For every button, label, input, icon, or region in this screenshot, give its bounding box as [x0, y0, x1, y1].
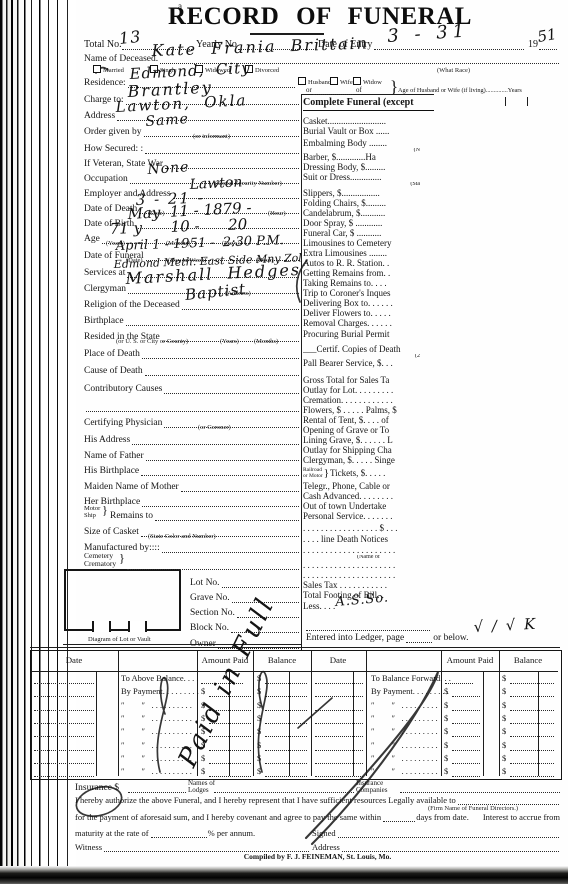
price-list-item: Flowers, $ . . . . . Palms, $ — [303, 405, 434, 415]
field-label: Entered into Ledger, page — [306, 632, 404, 644]
field-row-his-birthplace: His Birthplace — [84, 465, 300, 477]
price-list-item: . . . . . . . . . . . . . . . . . . . . … — [303, 570, 434, 580]
field-label: Birthplace — [84, 315, 124, 327]
ledger-row-desc: By Payment. . . . . . . . . . — [371, 686, 451, 696]
table-subcolumn-rule — [96, 671, 97, 776]
field-label: Name of Father — [84, 450, 144, 462]
ledger-row-desc: ″ ″ . . . . . . . . . . — [121, 713, 199, 723]
price-list-item: Autos to R. R. Station. . — [303, 258, 434, 268]
column-tick-mark — [505, 97, 506, 106]
price-list-item: Funeral Car, $ ........... — [303, 228, 434, 238]
printed-text: or — [306, 86, 312, 94]
field-label: How Secured: : — [84, 143, 143, 155]
signed-line: Signed — [312, 827, 560, 839]
dollar-sign: $ — [257, 740, 265, 750]
checkbox-widow: Widow — [353, 77, 382, 86]
field-label: Manufactured by:::: — [84, 542, 160, 554]
table-subcolumn-rule — [483, 671, 484, 776]
scan-bottom-edge — [0, 866, 568, 884]
printed-text: Lodges — [188, 786, 209, 794]
table-header-amount-paid: Amount Paid — [447, 655, 494, 665]
table-column-rule — [311, 651, 312, 776]
price-list-item: Casket.......................... — [303, 116, 434, 126]
table-cell-dots — [34, 682, 94, 684]
price-list-item: Sales Tax . . . . . . . . . . . — [303, 580, 434, 590]
field-row-his-address: His Address — [84, 434, 300, 446]
table-cell-dots — [510, 722, 554, 724]
field-row-if-veteran: If Veteran, State War — [84, 158, 300, 170]
printed-text: Diagram of Lot or Vault — [88, 636, 151, 643]
price-list-item: Personal Service. . . . . . . — [303, 511, 434, 521]
table-cell-dots — [34, 722, 94, 724]
column-tick-mark — [527, 97, 528, 106]
price-list-heading: Complete Funeral (except — [303, 97, 434, 111]
price-list-item: . . . . . . . . . . . . . . . . . . . . … — [303, 545, 434, 555]
printed-text: Companies — [356, 786, 388, 794]
table-cell-dots — [510, 709, 554, 711]
price-list-item: . . . . . . . . . . . . . . . . . $ . . … — [303, 523, 434, 533]
dollar-sign: $ — [444, 740, 452, 750]
handwritten-entry: √ ∕ √ K — [473, 617, 537, 635]
price-list-item: Pall Bearer Service, $. . . — [303, 358, 434, 368]
field-label: Age — [84, 233, 100, 245]
table-cell-dots — [265, 749, 307, 751]
ledger-row-desc: ″ ″ . . . . . . . . . — [371, 740, 451, 750]
table-cell-dots — [510, 762, 554, 764]
checkbox-icon — [93, 65, 101, 73]
table-cell-dots — [445, 682, 473, 684]
table-header-balance: Balance — [514, 655, 542, 665]
price-list-item: Gross Total for Sales Ta — [303, 375, 434, 385]
field-row-certifying-physician: Certifying Physician — [84, 417, 300, 429]
field-row-how-secured: How Secured: : — [84, 143, 300, 155]
table-cell-dots — [510, 749, 554, 751]
dollar-sign: $ — [502, 726, 510, 736]
price-list-item: Telegr., Phone, Cable or — [303, 481, 434, 491]
dollar-sign: $ — [502, 753, 510, 763]
auth-text: I hereby authorize the above Funeral, an… — [75, 794, 456, 806]
dotted-leader — [374, 48, 524, 50]
price-list-item: (Name of — [303, 555, 434, 559]
checkbox-married: Married — [93, 65, 124, 74]
price-list-item: Door Spray, $ ............ — [303, 218, 434, 228]
handwritten-entry: Same — [145, 112, 189, 129]
field-row-birthplace: Birthplace — [84, 315, 300, 327]
dotted-leader — [128, 791, 186, 793]
field-row-remains-to: Remains to — [110, 510, 300, 522]
checkbox-icon — [330, 77, 338, 85]
price-list-item: . . . . . . . . . . . . . . . . . . . . … — [303, 560, 434, 570]
table-cell-dots — [265, 735, 307, 737]
ledger-row-desc: ″ ″ . . . . . . . . . — [371, 713, 451, 723]
dollar-sign: $ — [444, 766, 452, 776]
field-label: Religion of the Deceased — [84, 299, 180, 311]
table-cell-dots — [265, 682, 307, 684]
field-row-maiden-name-of-mother: Maiden Name of Mother — [84, 481, 300, 493]
price-list-item: Burial Vault or Box ...... — [303, 126, 434, 136]
table-cell-dots — [209, 749, 251, 751]
field-label: Remains to — [110, 510, 153, 522]
table-cell-dots — [510, 695, 554, 697]
dotted-leader — [400, 791, 560, 793]
field-caption: (Firm Name of Funeral Directors.) — [428, 805, 518, 812]
field-label: Certifying Physician — [84, 417, 162, 429]
table-cell-dots — [510, 775, 554, 777]
printed-text: Ship — [84, 512, 96, 519]
dollar-sign: $ — [502, 686, 510, 696]
table-cell-dots — [265, 695, 307, 697]
dollar-sign: $ — [502, 766, 510, 776]
dollar-sign: $ — [444, 686, 452, 696]
table-cell-dots — [265, 762, 307, 764]
price-list-item: Extra Limousines ........ — [303, 248, 434, 258]
field-label: Block No. — [190, 622, 229, 634]
handwritten-entry: 51 — [536, 27, 557, 45]
field-label: Place of Death — [84, 348, 140, 360]
dollar-sign: $ — [257, 700, 265, 710]
table-cell-dots — [315, 735, 363, 737]
field-row-size-of-casket: Size of Casket — [84, 526, 300, 538]
price-list-item: (Sta — [303, 182, 434, 186]
checkbox-wife: Wife — [330, 77, 353, 86]
printed-text: Crematory — [84, 559, 116, 568]
price-list-item: Railroad or Motor}Tickets, $. . . . . — [303, 466, 434, 479]
auth-line-3: maturity at the rate of % per annum. — [75, 827, 310, 839]
table-column-rule — [118, 651, 119, 776]
printed-text: a — [178, 1, 182, 11]
checkbox-icon — [353, 77, 361, 85]
dollar-sign: $ — [257, 726, 265, 736]
table-header-balance: Balance — [268, 655, 296, 665]
dollar-sign: $ — [502, 713, 510, 723]
compiled-by-note: Compiled by F. J. FEINEMAN, St. Louis, M… — [75, 852, 560, 861]
handwritten-entry: 3 - 31 — [387, 22, 470, 46]
dollar-sign: $ — [502, 700, 510, 710]
table-cell-dots — [452, 695, 480, 697]
price-list-item: Removal Charges. . . . . . — [303, 318, 434, 328]
dollar-sign: $ — [502, 673, 510, 683]
field-row-contributory-causes-2 — [84, 401, 300, 413]
table-cell-dots — [510, 735, 554, 737]
auth-line-2: for the payment of aforesaid sum, and I … — [75, 811, 560, 823]
field-label: His Birthplace — [84, 465, 139, 477]
price-list-item: Out of town Undertake — [303, 501, 434, 511]
field-label: Occupation — [84, 173, 128, 185]
table-cell-dots — [209, 775, 251, 777]
field-row-place-of-death: Place of Death — [84, 348, 300, 360]
printed-text: Age of Husband or Wife (if living)......… — [398, 87, 522, 94]
price-list-item: Getting Remains from. . — [303, 268, 434, 278]
signed-label: Signed — [312, 827, 336, 839]
dollar-sign: $ — [502, 740, 510, 750]
price-list-item: . . . . line Death Notices — [303, 534, 434, 544]
field-label: Address — [84, 110, 115, 122]
price-list-item: Folding Chairs, $......... — [303, 198, 434, 208]
field-label: or below. — [433, 632, 468, 644]
field-label: Resided in the State — [84, 331, 160, 343]
field-row-contributory-causes: Contributory Causes — [84, 383, 300, 395]
table-cell-dots — [315, 682, 363, 684]
dollar-sign: $ — [201, 766, 209, 776]
table-cell-dots — [209, 762, 251, 764]
dollar-sign: $ — [257, 713, 265, 723]
field-label: Grave No. — [190, 592, 230, 604]
table-cell-dots — [265, 709, 307, 711]
price-list-item: Trip to Coroner's Inques — [303, 288, 434, 298]
auth-text: Interest to accrue from — [483, 811, 560, 823]
dollar-sign: $ — [444, 726, 452, 736]
table-cell-dots — [265, 722, 307, 724]
field-label: Section No. — [190, 607, 235, 619]
checkbox-husband: Husband — [298, 77, 331, 86]
dollar-sign: $ — [257, 673, 265, 683]
table-cell-dots — [34, 735, 94, 737]
table-cell-dots — [510, 682, 554, 684]
ledger-row-desc: To Balance Forward. . . . — [371, 673, 451, 683]
price-list-item: Lining Grave, $. . . . . . L — [303, 435, 434, 445]
field-label: Maiden Name of Mother — [84, 481, 179, 493]
ledger-row-desc: To Above Balance. . . . . — [121, 673, 199, 683]
price-list-item: Taking Remains to. . . . — [303, 278, 434, 288]
table-cell-dots — [315, 695, 363, 697]
field-label: Lot No. — [190, 577, 220, 589]
auth-text: % per annum. — [208, 827, 255, 839]
table-cell-dots — [452, 775, 480, 777]
ledger-row-desc: ″ ″ . . . . . . . . . . — [121, 700, 199, 710]
field-label: Residence: — [84, 77, 126, 89]
price-list-item: Cremation. . . . . . . . . . . . — [303, 395, 434, 405]
printed-text: } — [390, 77, 398, 97]
dotted-leader — [313, 93, 353, 95]
table-cell-dots — [315, 722, 363, 724]
dollar-sign: $ — [257, 686, 265, 696]
table-cell-dots — [265, 775, 307, 777]
field-row-entered-into-ledger: Entered into Ledger, pageor below. — [306, 632, 472, 644]
table-cell-dots — [34, 762, 94, 764]
price-list-item: Deliver Flowers to. . . . . — [303, 308, 434, 318]
table-cell-dots — [34, 749, 94, 751]
table-column-rule — [499, 651, 500, 776]
table-header-date: Date — [330, 655, 347, 665]
dollar-sign: $ — [444, 753, 452, 763]
field-label: Clergyman — [84, 283, 126, 295]
field-row-cause-of-death: Cause of Death — [84, 365, 300, 377]
table-cell-dots — [34, 709, 94, 711]
price-list-item: Outlay for Lot. . . . . . . . . — [303, 385, 434, 395]
table-cell-dots — [315, 709, 363, 711]
price-list-item: Limousines to Cemetery — [303, 238, 434, 248]
printed-text: 19 — [528, 39, 538, 50]
diagram-notch — [92, 621, 111, 632]
table-cell-dots — [34, 695, 94, 697]
dollar-sign: $ — [444, 700, 452, 710]
field-row-name-of-father: Name of Father — [84, 450, 300, 462]
price-list-item: ___Certif. Copies of Death — [303, 344, 434, 354]
printed-text: Total No. — [84, 39, 122, 50]
price-list-item: Clergyman, $. . . . . Singe — [303, 455, 434, 465]
dotted-leader — [539, 48, 557, 50]
itemized-price-list: Complete Funeral (exceptCasket..........… — [303, 97, 434, 611]
auth-text: days from date. — [416, 811, 469, 823]
table-header-date: Date — [66, 655, 83, 665]
dollar-sign: $ — [444, 713, 452, 723]
dotted-leader — [214, 791, 354, 793]
price-list-item: Slippers, $................. — [303, 188, 434, 198]
table-cell-dots — [452, 722, 480, 724]
field-row-lot-no: Lot No. — [190, 577, 300, 589]
payment-ledger-table: DateAmount PaidBalanceDateAmount PaidBal… — [30, 650, 562, 780]
printed-text: Insurance $ — [75, 783, 119, 793]
table-cell-dots — [452, 735, 480, 737]
handwritten-entry: 13 — [118, 29, 142, 47]
field-label: Cause of Death — [84, 365, 143, 377]
auth-text: for the payment of aforesaid sum, and I … — [75, 811, 381, 823]
table-cell-dots — [315, 762, 363, 764]
table-column-rule — [253, 651, 254, 776]
dollar-sign: $ — [257, 766, 265, 776]
table-cell-dots — [315, 775, 363, 777]
handwritten-entry: None — [147, 160, 190, 177]
price-list-item: Opening of Grave or To — [303, 425, 434, 435]
auth-text: maturity at the rate of — [75, 827, 149, 839]
price-list-item: Delivering Box to. . . . . . — [303, 298, 434, 308]
table-cell-dots — [34, 775, 94, 777]
checkbox-icon — [298, 77, 306, 85]
printed-text: of — [356, 86, 362, 94]
table-column-rule — [366, 651, 367, 776]
diagram-notch — [128, 621, 147, 632]
field-row-grave-no: Grave No. — [190, 592, 300, 604]
price-list-item: Rental of Tent, $. . . . of — [303, 415, 434, 425]
field-label: Order given by — [84, 126, 142, 138]
field-label: His Address — [84, 434, 130, 446]
table-cell-dots — [315, 749, 363, 751]
ledger-row-desc: ″ ″ . . . . . . . . . — [371, 753, 451, 763]
railroad-motor-label: Railroad or Motor — [303, 467, 323, 479]
ledger-row-desc: ″ ″ . . . . . . . . . — [371, 700, 451, 710]
ledger-row-desc: ″ ″ . . . . . . . . . — [371, 766, 451, 776]
table-cell-dots — [452, 709, 480, 711]
ledger-row-desc: By Payment. . . . . . . . . . — [121, 686, 199, 696]
field-label: Size of Casket — [84, 526, 139, 538]
field-row-manufactured-by: Manufactured by:::: — [84, 542, 300, 554]
field-label: Contributory Causes — [84, 383, 162, 395]
price-list-item: Outlay for Shipping Cha — [303, 445, 434, 455]
field-label: Her Birthplace — [84, 496, 140, 508]
price-list-item: Cash Advanced. . . . . . . . — [303, 491, 434, 501]
price-list-item: Candelabrum, $........... — [303, 208, 434, 218]
table-cell-dots — [452, 762, 480, 764]
table-cell-dots — [452, 749, 480, 751]
field-row-resided-in-state: Resided in the State — [84, 331, 300, 343]
field-row-order-given-by: Order given by — [84, 126, 300, 138]
field-label: Owner — [190, 638, 216, 650]
price-list-item: Suit or Dress.............. — [303, 172, 434, 182]
field-row-her-birthplace: Her Birthplace — [84, 496, 300, 508]
field-caption: (What Race) — [437, 67, 470, 74]
brace-glyph: } — [324, 468, 329, 478]
dotted-leader — [306, 629, 430, 631]
price-list-item: Procuring Burial Permit — [303, 329, 434, 339]
price-list-item-label: Tickets, $. . . . . — [330, 468, 385, 478]
ledger-row-desc: ″ ″ . . . . . . . . . — [371, 726, 451, 736]
table-header-rule — [31, 671, 558, 672]
ledger-row-desc: ″ ″ . . . . . . . . . . — [121, 766, 199, 776]
price-list-item: Dressing Body, $......... — [303, 162, 434, 172]
field-row-cemetery-crematory — [125, 559, 300, 571]
lot-diagram-box — [64, 569, 181, 631]
price-list-item: Barber, $.............Ha — [303, 152, 434, 162]
funeral-record-scan: RECORD OF FUNERAL Complete Funeral (exce… — [0, 0, 568, 884]
dollar-sign: $ — [257, 753, 265, 763]
price-list-item: Embalming Body ........ — [303, 138, 434, 148]
